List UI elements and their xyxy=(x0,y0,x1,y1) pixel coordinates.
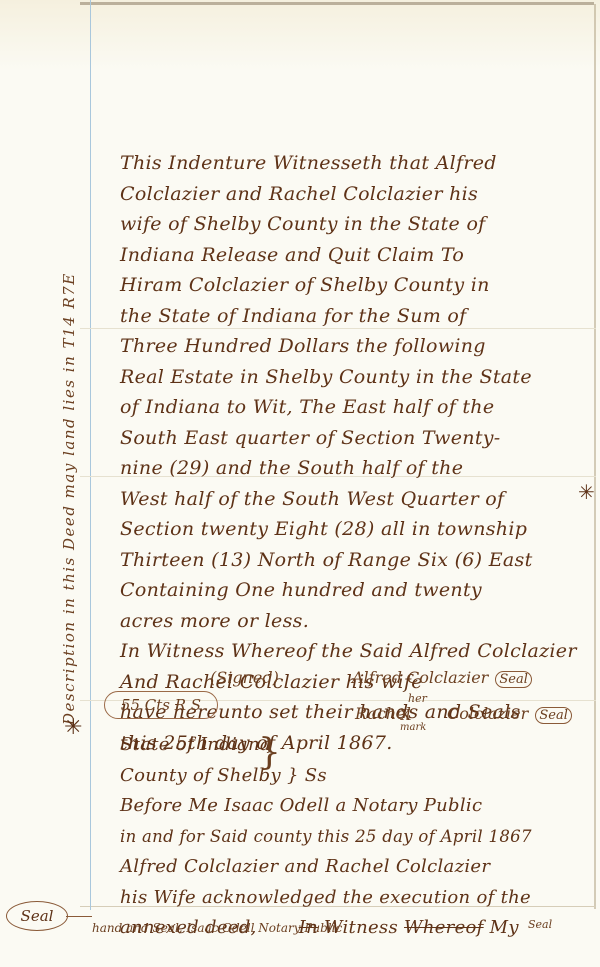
seal-mark: Seal xyxy=(535,707,572,724)
body-line: Containing One hundred and twenty xyxy=(120,575,590,606)
body-line: Colclazier and Rachel Colclazier his xyxy=(120,179,590,210)
body-line: This Indenture Witnesseth that Alfred xyxy=(120,148,590,179)
ack-line: in and for Said county this 25 day of Ap… xyxy=(120,822,590,853)
body-line: Section twenty Eight (28) all in townshi… xyxy=(120,514,590,545)
signed-label: (Signed) xyxy=(210,668,279,687)
seal-connector-line xyxy=(66,916,92,917)
body-line: In Witness Whereof the Said Alfred Colcl… xyxy=(120,636,590,667)
signature-rachel: Rachel Colclazier Seal xyxy=(355,704,572,724)
body-line: Hiram Colclazier of Shelby County in xyxy=(120,270,590,301)
revenue-stamp: 55 Cts R S xyxy=(104,691,218,719)
signature-alfred: Alfred Colclazier Seal xyxy=(352,668,532,688)
asterisk-icon: ✳ xyxy=(64,715,82,740)
notary-seal: Seal xyxy=(6,901,68,931)
body-line: acres more or less. xyxy=(120,606,590,637)
body-line: wife of Shelby County in the State of xyxy=(120,209,590,240)
body-line: Thirteen (13) North of Range Six (6) Eas… xyxy=(120,545,590,576)
signature-last-name: Colclazier xyxy=(447,704,528,723)
brace-icon: } xyxy=(258,735,281,771)
marginal-note: Description in this Deed may land lies i… xyxy=(60,272,78,725)
venue-line: County of Shelby } Ss xyxy=(120,761,590,792)
body-line: Three Hundred Dollars the following xyxy=(120,331,590,362)
closing-seal-label: Seal xyxy=(528,918,552,931)
page-right-edge xyxy=(594,4,596,909)
my-word: My xyxy=(490,917,519,938)
body-line: South East quarter of Section Twenty- xyxy=(120,423,590,454)
body-line: West half of the South West Quarter of xyxy=(120,484,590,515)
margin-rule xyxy=(90,0,91,910)
seal-mark: Seal xyxy=(495,671,532,688)
body-line: Real Estate in Shelby County in the Stat… xyxy=(120,362,590,393)
signature-name: Alfred Colclazier xyxy=(352,668,488,687)
ack-line: Alfred Colclazier and Rachel Colclazier xyxy=(120,852,590,883)
ack-line: his Wife acknowledged the execution of t… xyxy=(120,883,590,914)
ack-line: Before Me Isaac Odell a Notary Public xyxy=(120,791,590,822)
venue-line: State of Indiana xyxy=(120,730,590,761)
body-line: Indiana Release and Quit Claim To xyxy=(120,240,590,271)
body-line: of Indiana to Wit, The East half of the xyxy=(120,392,590,423)
body-line: the State of Indiana for the Sum of xyxy=(120,301,590,332)
deed-body: This Indenture Witnesseth that Alfred Co… xyxy=(120,148,590,758)
page-top-edge xyxy=(80,2,594,5)
body-line: nine (29) and the South half of the xyxy=(120,453,590,484)
acknowledgment: State of Indiana County of Shelby } Ss B… xyxy=(120,730,590,944)
notary-closing-line: hand and Seal, Isaac Odell Notary Public xyxy=(92,921,342,935)
struck-whereof: Whereof xyxy=(404,917,484,938)
insertion-asterisk-icon: ✳ xyxy=(578,480,595,504)
deed-page: Description in this Deed may land lies i… xyxy=(0,0,600,967)
